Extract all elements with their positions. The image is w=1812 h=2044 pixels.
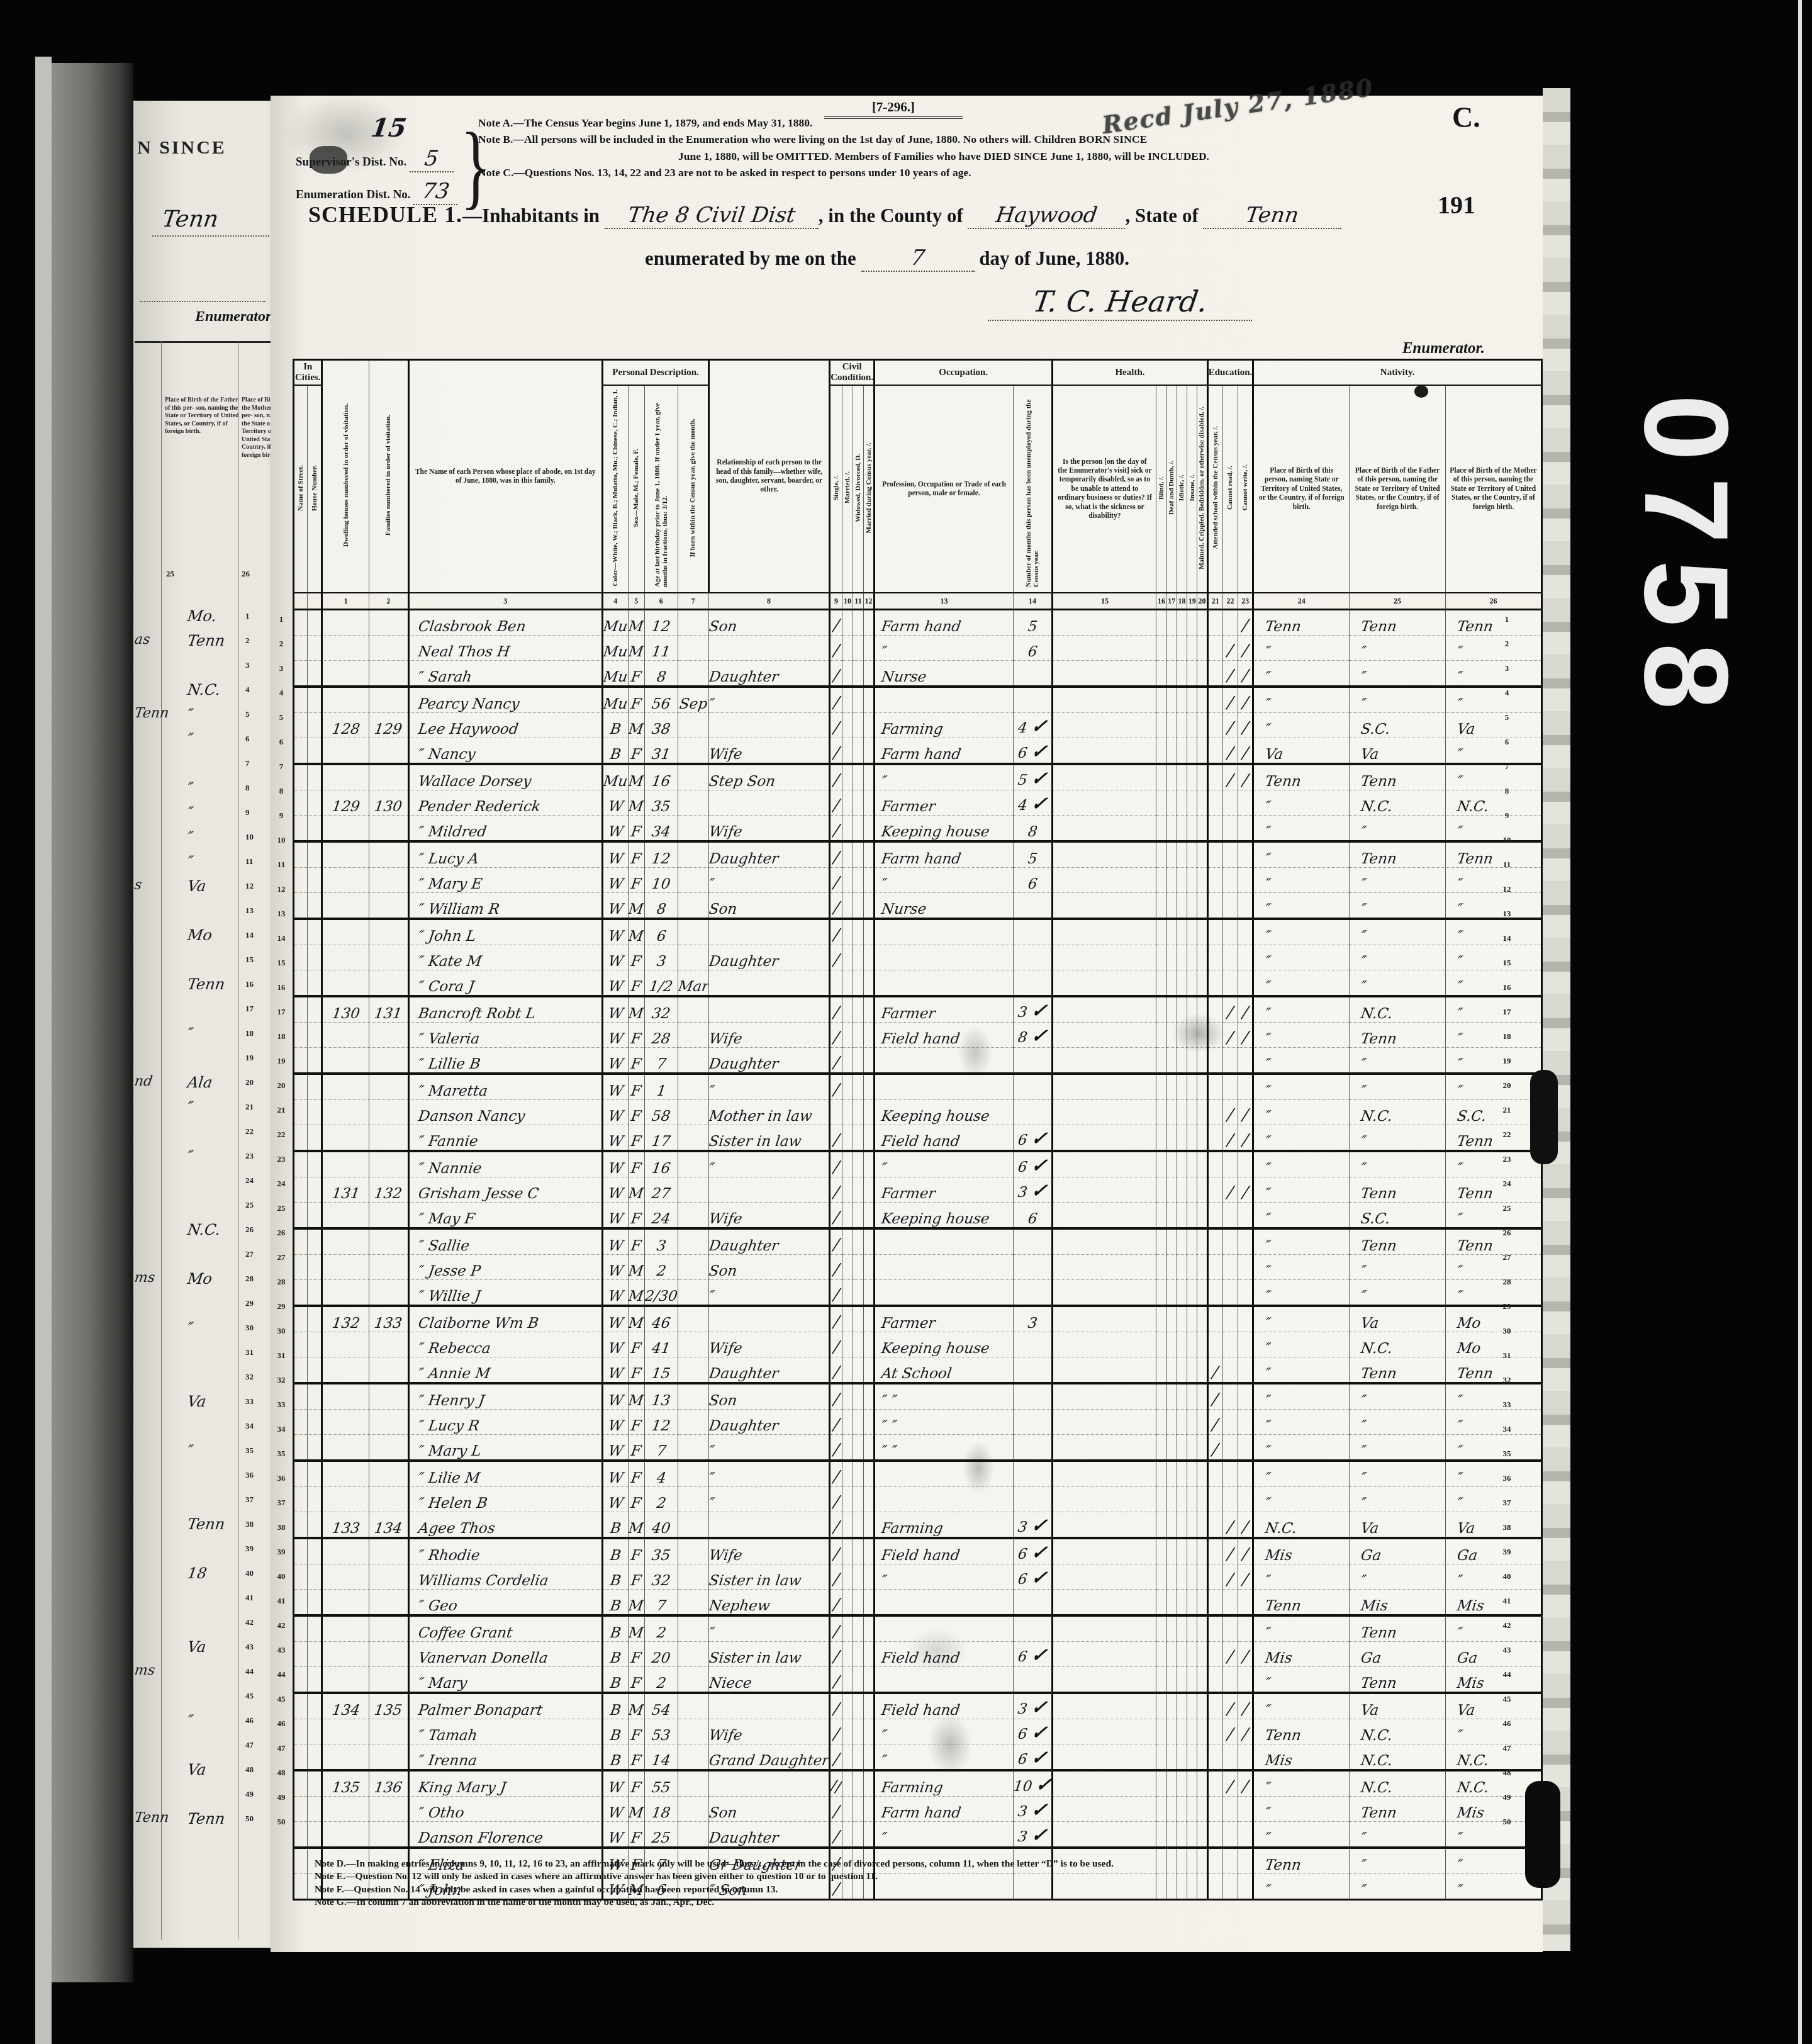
cell-cv2 [842,1332,853,1357]
cell-ed3: / [1238,1100,1253,1125]
cell-ed2 [1222,868,1238,893]
cell-month [678,1177,708,1203]
row-number: 20 [1496,1073,1518,1098]
cell-cv2 [842,1435,853,1461]
cell-cv2 [842,1255,853,1280]
cell-month [678,1512,708,1539]
row-number: 15 [271,950,292,975]
cell-occ: Farm hand [875,738,1014,765]
cell-nb1: ″ [1253,1125,1350,1152]
cell-h2 [1166,661,1177,687]
cell-nb3: ″ [1445,1410,1541,1435]
prev-page-row-number: 30 [245,1323,254,1333]
cell-color: B [603,1615,628,1642]
ink-blob [1414,385,1428,398]
cell-age: 2/30 [645,1280,678,1306]
cell-h4 [1187,1797,1197,1822]
cell-nb1: ″ [1253,1074,1350,1100]
prev-page-row-number: 11 [245,856,253,867]
cell-ed3 [1238,1280,1253,1306]
cell-age: 7 [645,1590,678,1616]
cell-h3 [1177,1719,1187,1744]
cell-street [294,1667,308,1693]
column-number: 4 [603,593,628,610]
cell-sex: F [628,1203,645,1229]
cell-name: Pender Rederick [408,790,603,816]
cell-cv1: / [830,1487,842,1512]
cell-month [678,919,708,945]
note-b-cont: June 1, 1880, will be OMITTED. Members o… [478,148,1409,164]
cell-h1 [1156,1048,1166,1074]
cell-nb3: Ga [1445,1642,1541,1667]
cell-house [307,1125,322,1152]
cell-street [294,868,308,893]
cell-ed1 [1207,868,1222,893]
cell-h5 [1197,610,1207,636]
cell-fam [369,661,408,687]
prev-page-row-number: 42 [245,1617,254,1627]
cell-nb3: ″ [1445,1383,1541,1410]
census-row: ″ Jesse PWM2Son/″″″ [294,1255,1542,1280]
cell-ed2: / [1222,1023,1238,1048]
cell-nb1: ″ [1253,1822,1350,1848]
cell-dwell: 131 [322,1177,369,1203]
cell-month: Sep [678,687,708,713]
cell-h3 [1177,1023,1187,1048]
cell-occ [875,1255,1014,1280]
group-occupation: Occupation. [875,360,1053,386]
cell-cv2 [842,1048,853,1074]
cell-rel: ″ [708,1435,829,1461]
cell-fam [369,1797,408,1822]
cell-h1 [1156,1332,1166,1357]
page-no-handwritten: 15 [369,113,408,143]
cell-nb3: Tenn [1445,1228,1541,1255]
cell-fam: 130 [369,790,408,816]
cell-ed3: / [1238,1023,1253,1048]
cell-cv2 [842,764,853,790]
cell-dwell [322,1280,369,1306]
census-row: 131132Grisham Jesse CWM27/Farmer3✓//″Ten… [294,1177,1542,1203]
cell-cv1: / [830,1410,842,1435]
cell-nb1: ″ [1253,636,1350,661]
cell-nb2: Tenn [1350,1797,1446,1822]
cell-h3 [1177,1410,1187,1435]
cell-h2 [1166,1667,1177,1693]
cell-dwell [322,1357,369,1384]
cell-age: 53 [645,1719,678,1744]
note-c: Note C.—Questions Nos. 13, 14, 22 and 23… [478,164,1409,181]
prev-page-entry: Tenn [186,1810,226,1828]
cell-h2 [1166,1642,1177,1667]
cell-sex: F [628,1074,645,1100]
cell-name: ″ Tamah [408,1719,603,1744]
cell-nb1: ″ [1253,1667,1350,1693]
cell-street [294,1615,308,1642]
cell-cv1: / [830,1822,842,1848]
column-number: 16 [1156,593,1166,610]
cell-street [294,893,308,919]
cell-h5 [1197,1383,1207,1410]
column-number: 17 [1166,593,1177,610]
column-number: 24 [1253,593,1350,610]
cell-nb1: ″ [1253,1461,1350,1487]
film-frame-number: 0758 [1618,395,1755,726]
cell-h1 [1156,1797,1166,1822]
cell-sick [1053,1306,1156,1332]
cell-rel: Wife [708,1332,829,1357]
cell-h5 [1197,970,1207,997]
cell-cv3 [853,868,863,893]
column-number: 12 [864,593,875,610]
cell-sex: M [628,996,645,1023]
group-civil: Civil Condition. [830,360,875,386]
cell-fam [369,1667,408,1693]
cell-nb2: ″ [1350,1564,1446,1590]
prev-page-row-number: 5 [245,709,250,719]
row-number: 34 [1496,1417,1518,1441]
cell-ed2: / [1222,1512,1238,1539]
row-number: 35 [271,1441,292,1466]
cell-nb1: ″ [1253,1306,1350,1332]
prev-page-row-number: 46 [245,1715,254,1726]
cell-ed1 [1207,945,1222,970]
cell-um: 10✓ [1013,1770,1052,1797]
prev-page-entry: Mo [186,1270,213,1288]
cell-sex: M [628,790,645,816]
cell-cv4 [864,1615,875,1642]
census-row: Neal Thos HMuM11/″6//″″″ [294,636,1542,661]
row-number: 33 [1496,1392,1518,1417]
cell-h4 [1187,1023,1197,1048]
cell-month [678,1744,708,1771]
prev-page-entry: ″ [186,1098,194,1116]
cell-cv4 [864,945,875,970]
cell-cv2 [842,1100,853,1125]
cell-month [678,893,708,919]
cell-sex: F [628,1461,645,1487]
cell-nb2: Tenn [1350,1228,1446,1255]
cell-rel: Step Son [708,764,829,790]
cell-dwell [322,738,369,765]
col-month: If born within the Census year, give the… [678,385,708,593]
cell-h5 [1197,1177,1207,1203]
cell-house [307,687,322,713]
cell-cv3 [853,996,863,1023]
cell-fam [369,1642,408,1667]
prev-page-entry: Ala [186,1074,213,1091]
cell-um [1013,919,1052,945]
cell-month [678,996,708,1023]
row-number: 3 [1496,656,1518,680]
cell-sex: F [628,1435,645,1461]
row-number: 44 [1496,1662,1518,1687]
cell-ed3 [1238,1461,1253,1487]
cell-h2 [1166,1538,1177,1564]
cell-h4 [1187,1615,1197,1642]
cell-h2 [1166,1177,1177,1203]
cell-h2 [1166,1048,1177,1074]
cell-cv2 [842,687,853,713]
cell-ed1 [1207,1332,1222,1357]
cell-ed3 [1238,1151,1253,1177]
cell-um: 6 [1013,1203,1052,1229]
row-number: 27 [1496,1245,1518,1269]
cell-ed1 [1207,841,1222,868]
cell-rel: Sister in law [708,1642,829,1667]
census-row: ″ Lucy RWF12Daughter/″ ″/″″″ [294,1410,1542,1435]
cell-street [294,841,308,868]
cell-h4 [1187,841,1197,868]
cell-ed1 [1207,790,1222,816]
cell-ed2 [1222,1357,1238,1384]
cell-month [678,945,708,970]
cell-nb1: ″ [1253,1435,1350,1461]
cell-ed2: / [1222,738,1238,765]
cell-nb1: ″ [1253,841,1350,868]
cell-sex: M [628,1177,645,1203]
cell-fam [369,841,408,868]
cell-cv2 [842,1487,853,1512]
col-married: Married, /. [842,385,853,593]
prev-page-row-number: 21 [245,1102,254,1112]
cell-h3 [1177,945,1187,970]
cell-fam [369,1435,408,1461]
cell-ed3: / [1238,1538,1253,1564]
cell-fam: 131 [369,996,408,1023]
cell-nb2: Tenn [1350,764,1446,790]
cell-h5 [1197,1487,1207,1512]
cell-h4 [1187,1177,1197,1203]
prev-page-row-number: 48 [245,1765,254,1775]
cell-street [294,636,308,661]
cell-cv2 [842,610,853,636]
row-number: 42 [271,1613,292,1637]
cell-sex: M [628,636,645,661]
prev-page-row-number: 1 [245,611,250,621]
cell-occ: ″ ″ [875,1410,1014,1435]
cell-h4 [1187,816,1197,842]
cell-nb3: ″ [1445,1151,1541,1177]
cell-fam [369,1744,408,1771]
cell-name: ″ Kate M [408,945,603,970]
cell-sex: F [628,1125,645,1152]
prev-page-row-number: 33 [245,1396,254,1407]
cell-nb3: ″ [1445,945,1541,970]
cell-cv3 [853,1590,863,1616]
cell-nb2: Tenn [1350,610,1446,636]
cell-h1 [1156,1100,1166,1125]
cell-ed3 [1238,1306,1253,1332]
prev-page-entry: Tenn [186,632,226,649]
cell-nb3: Va [1445,1512,1541,1539]
cell-cv4 [864,1383,875,1410]
cell-ed3 [1238,816,1253,842]
cell-street [294,1357,308,1384]
cell-street [294,687,308,713]
census-row: ″ MildredWF34Wife/Keeping house8″″″ [294,816,1542,842]
cell-cv3 [853,1461,863,1487]
cell-dwell [322,1125,369,1152]
col-family: Families numbered in order of visitation… [369,360,408,593]
cell-fam [369,1048,408,1074]
cell-cv1: / [830,1177,842,1203]
cell-h4 [1187,1461,1197,1487]
cell-street [294,764,308,790]
cell-sick [1053,1023,1156,1048]
cell-nb3: Tenn [1445,1357,1541,1384]
cell-ed1 [1207,1461,1222,1487]
cell-name: ″ Irenna [408,1744,603,1771]
cell-fam [369,764,408,790]
cell-nb1: ″ [1253,1228,1350,1255]
cell-dwell [322,1822,369,1848]
cell-name: ″ Sarah [408,661,603,687]
cell-dwell [322,1744,369,1771]
cell-cv1 [830,970,842,997]
cell-h4 [1187,970,1197,997]
column-number: 15 [1053,593,1156,610]
cell-h4 [1187,1357,1197,1384]
cell-h3 [1177,1203,1187,1229]
cell-h4 [1187,868,1197,893]
row-number: 26 [271,1220,292,1245]
cell-h3 [1177,1100,1187,1125]
cell-street [294,919,308,945]
cell-house [307,1306,322,1332]
cell-street [294,1512,308,1539]
cell-month [678,868,708,893]
row-number: 22 [1496,1122,1518,1147]
cell-street [294,1538,308,1564]
cell-age: 1/2 [645,970,678,997]
row-number: 8 [271,778,292,803]
group-nativity: Nativity. [1253,360,1542,386]
cell-house [307,1435,322,1461]
cell-nb2: N.C. [1350,1100,1446,1125]
cell-house [307,764,322,790]
cell-sex: F [628,1100,645,1125]
cell-rel: Son [708,893,829,919]
prev-page-entry: Tenn [186,1515,226,1533]
cell-name: ″ Henry J [408,1383,603,1410]
row-number: 3 [271,656,292,680]
cell-nb2: Ga [1350,1642,1446,1667]
cell-occ: Farm hand [875,610,1014,636]
cell-name: ″ Rhodie [408,1538,603,1564]
row-number: 17 [1496,999,1518,1024]
cell-ed2 [1222,1383,1238,1410]
prev-page-column-number: 25 [166,569,174,579]
cell-occ: Field hand [875,1023,1014,1048]
cell-cv2 [842,1693,853,1719]
row-number: 5 [1496,705,1518,729]
census-row: 132133Claiborne Wm BWM46/Farmer3″VaMo [294,1306,1542,1332]
cell-h4 [1187,945,1197,970]
cell-occ: ″ [875,636,1014,661]
cell-cv1: // [830,1770,842,1797]
cell-color: W [603,996,628,1023]
cell-cv1: / [830,816,842,842]
prev-page-left-fragment: Tenn [133,705,170,721]
cell-h5 [1197,687,1207,713]
cell-dwell [322,1151,369,1177]
cell-h4 [1187,1151,1197,1177]
cell-ed1 [1207,893,1222,919]
cell-nb2: Va [1350,1693,1446,1719]
cell-color: W [603,1487,628,1512]
cell-cv3 [853,1564,863,1590]
row-number: 21 [1496,1098,1518,1122]
cell-ed3 [1238,1590,1253,1616]
cell-h3 [1177,1564,1187,1590]
cell-ed3: / [1238,996,1253,1023]
cell-age: 14 [645,1744,678,1771]
cell-um: 3✓ [1013,1177,1052,1203]
cell-ed3 [1238,893,1253,919]
ink-blob [1530,1070,1558,1164]
cell-occ [875,687,1014,713]
cell-cv1: / [830,1693,842,1719]
cell-occ: Farmer [875,1306,1014,1332]
cell-dwell [322,1642,369,1667]
cell-age: 56 [645,687,678,713]
cell-h1 [1156,970,1166,997]
row-number: 20 [271,1073,292,1098]
cell-h3 [1177,1693,1187,1719]
cell-h4 [1187,1487,1197,1512]
cell-fam [369,1332,408,1357]
cell-fam [369,970,408,997]
cell-dwell [322,610,369,636]
cell-h4 [1187,1770,1197,1797]
cell-name: ″ Lilie M [408,1461,603,1487]
cell-cv1: / [830,1642,842,1667]
cell-h5 [1197,893,1207,919]
cell-h3 [1177,1744,1187,1771]
cell-h4 [1187,1280,1197,1306]
cell-occ: ″ [875,868,1014,893]
cell-sick [1053,636,1156,661]
cell-ed3: / [1238,1693,1253,1719]
cell-rel [708,1512,829,1539]
footnotes: Note D.—In making entries in columns 9, … [315,1858,1460,1909]
cell-rel: Wife [708,738,829,765]
cell-cv3 [853,1538,863,1564]
cell-fam [369,636,408,661]
cell-cv3 [853,610,863,636]
county-value: Haywood [994,203,1099,228]
cell-fam [369,919,408,945]
cell-h1 [1156,1125,1166,1152]
cell-cv4 [864,1203,875,1229]
film-edge-strip [35,57,52,2044]
cell-age: 40 [645,1512,678,1539]
prev-page-left-fragment: ms [133,1663,156,1678]
cell-dwell: 132 [322,1306,369,1332]
cell-house [307,661,322,687]
cell-h1 [1156,1744,1166,1771]
cell-ed2 [1222,1280,1238,1306]
cell-h2 [1166,1693,1177,1719]
cell-h3 [1177,1280,1187,1306]
cell-name: Grisham Jesse C [408,1177,603,1203]
cell-sex: F [628,945,645,970]
prev-page-entry: Tenn [186,975,226,993]
row-number: 16 [1496,975,1518,999]
cell-color: B [603,1564,628,1590]
cell-ed1 [1207,1151,1222,1177]
